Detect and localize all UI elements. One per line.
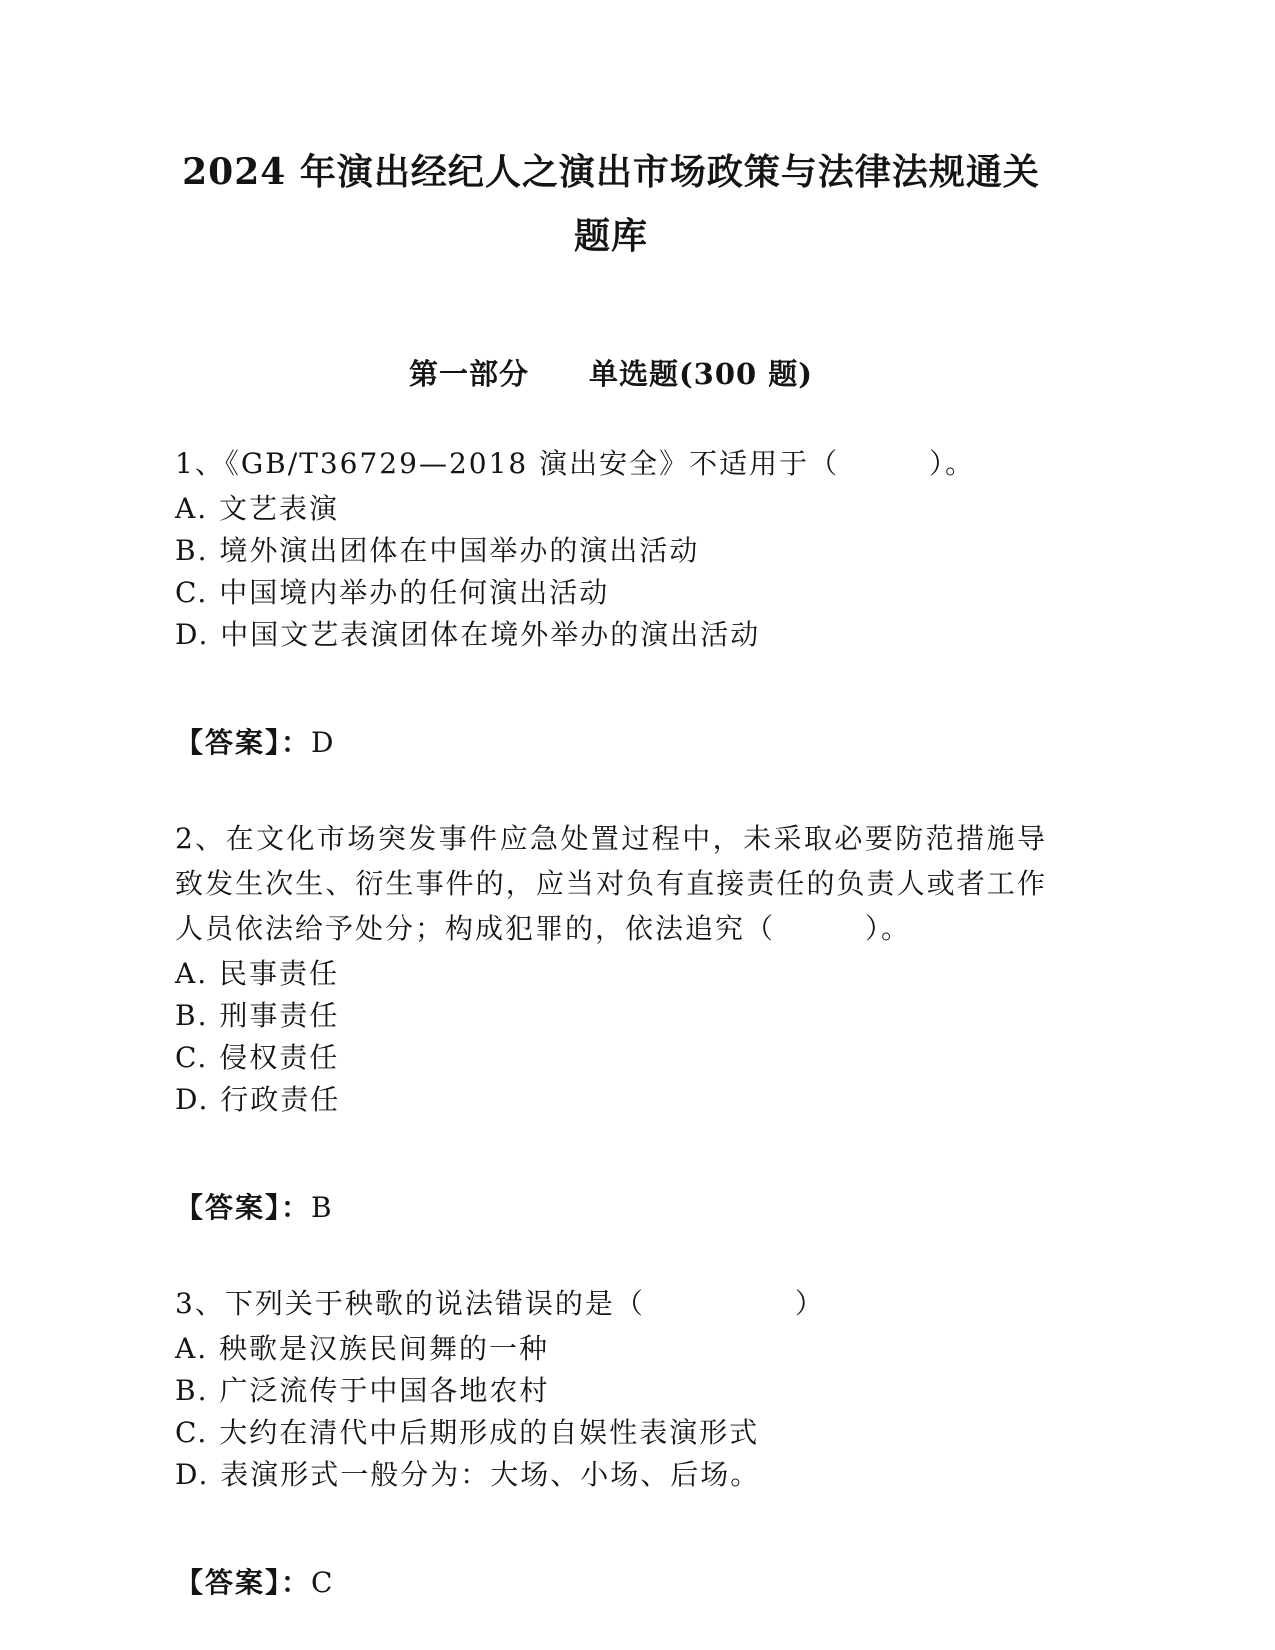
answer-label: 【答案】： [175,1566,311,1599]
question-block-3: 3、下列关于秧歌的说法错误的是（ ） A. 秧歌是汉族民间舞的一种 B. 广泛流… [175,1281,1047,1604]
option-b: B. 刑事责任 [175,995,1047,1037]
option-b: B. 广泛流传于中国各地农村 [175,1370,1047,1412]
answer-value: B [311,1191,334,1224]
option-a: A. 民事责任 [175,953,1047,995]
option-d: D. 中国文艺表演团体在境外举办的演出活动 [175,614,1047,656]
option-b: B. 境外演出团体在中国举办的演出活动 [175,530,1047,572]
option-a: A. 文艺表演 [175,488,1047,530]
document-title: 2024 年演出经纪人之演出市场政策与法律法规通关题库 [175,0,1047,268]
question-stem: 2、在文化市场突发事件应急处置过程中，未采取必要防范措施导致发生次生、衍生事件的… [175,816,1047,951]
section-heading: 第一部分 单选题(300 题) [175,352,1047,393]
option-a: A. 秧歌是汉族民间舞的一种 [175,1328,1047,1370]
option-c: C. 侵权责任 [175,1037,1047,1079]
answer-label: 【答案】： [175,726,311,759]
question-block-2: 2、在文化市场突发事件应急处置过程中，未采取必要防范措施导致发生次生、衍生事件的… [175,816,1047,1229]
answer-line: 【答案】：D [175,722,1047,764]
answer-value: C [311,1566,334,1599]
document-page: 2024 年演出经纪人之演出市场政策与法律法规通关题库 第一部分 单选题(300… [0,0,1275,1650]
answer-line: 【答案】：C [175,1562,1047,1604]
option-d: D. 行政责任 [175,1079,1047,1121]
option-list: A. 秧歌是汉族民间舞的一种 B. 广泛流传于中国各地农村 C. 大约在清代中后… [175,1328,1047,1496]
question-block-1: 1、《GB/T36729—2018 演出安全》不适用于（ ）。 A. 文艺表演 … [175,441,1047,764]
document-content: 2024 年演出经纪人之演出市场政策与法律法规通关题库 第一部分 单选题(300… [175,0,1047,1604]
answer-line: 【答案】：B [175,1187,1047,1229]
answer-value: D [311,726,335,759]
option-c: C. 大约在清代中后期形成的自娱性表演形式 [175,1412,1047,1454]
option-d: D. 表演形式一般分为：大场、小场、后场。 [175,1454,1047,1496]
option-c: C. 中国境内举办的任何演出活动 [175,572,1047,614]
option-list: A. 民事责任 B. 刑事责任 C. 侵权责任 D. 行政责任 [175,953,1047,1121]
option-list: A. 文艺表演 B. 境外演出团体在中国举办的演出活动 C. 中国境内举办的任何… [175,488,1047,656]
question-stem: 1、《GB/T36729—2018 演出安全》不适用于（ ）。 [175,441,1047,486]
answer-label: 【答案】： [175,1191,311,1224]
question-stem: 3、下列关于秧歌的说法错误的是（ ） [175,1281,1047,1326]
